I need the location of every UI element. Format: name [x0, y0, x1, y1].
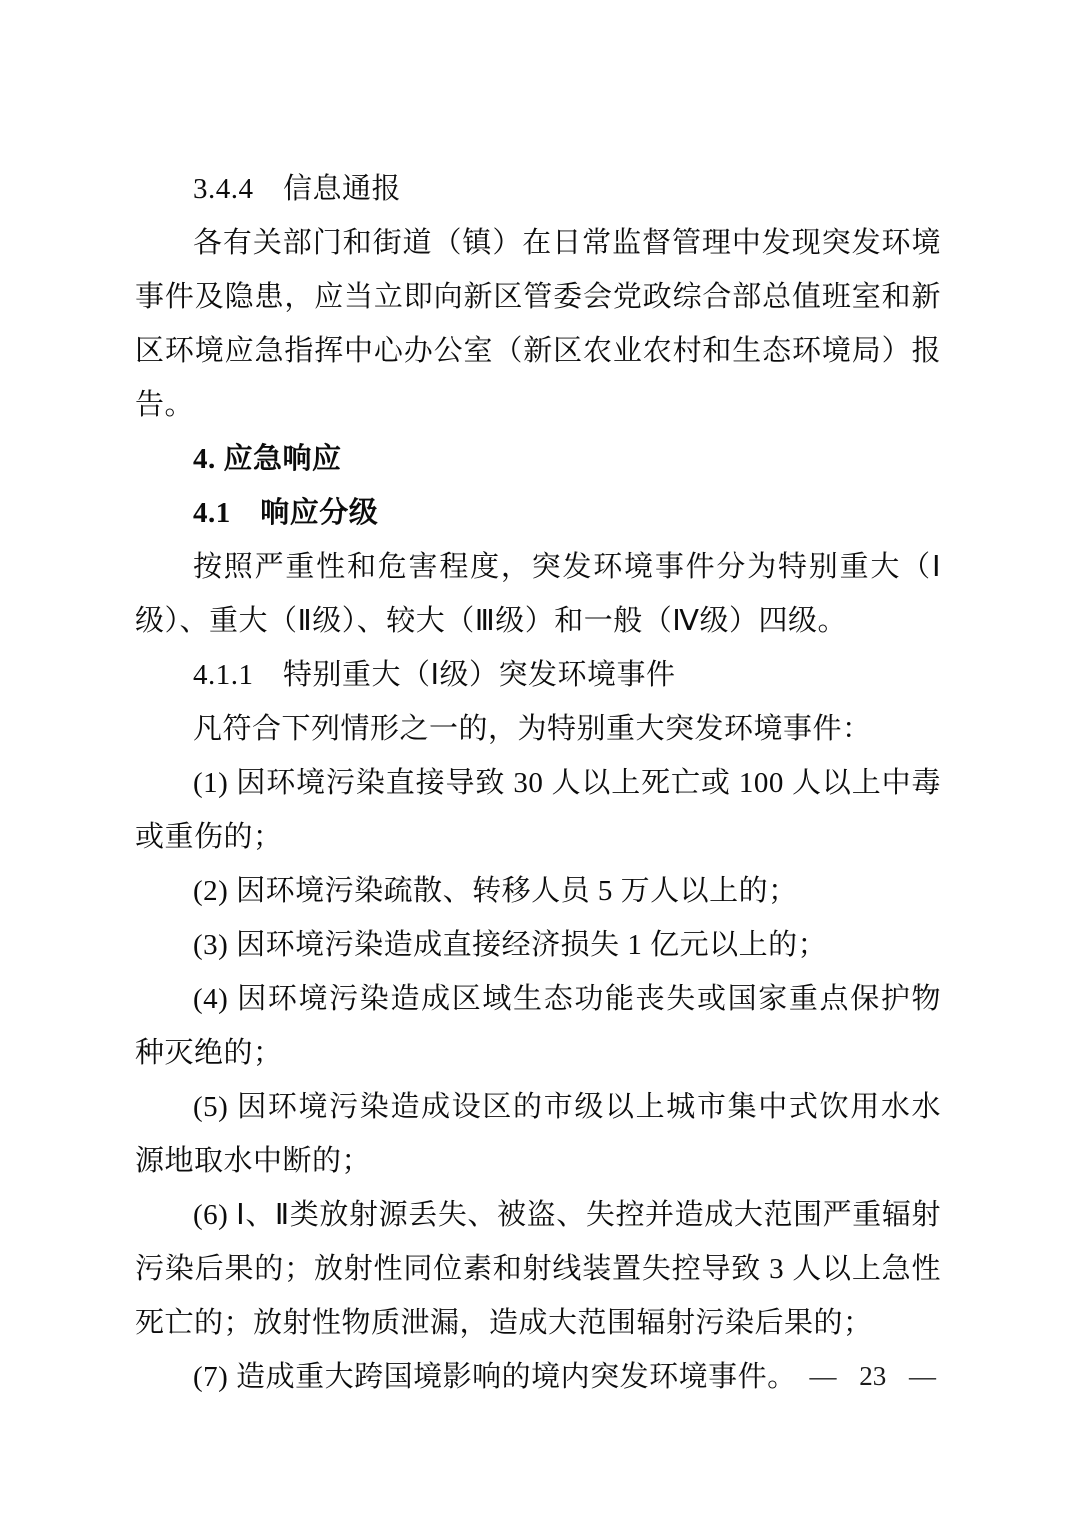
document-body: 3.4.4 信息通报 各有关部门和街道（镇）在日常监督管理中发现突发环境事件及隐… — [135, 162, 941, 1404]
document-page: 3.4.4 信息通报 各有关部门和街道（镇）在日常监督管理中发现突发环境事件及隐… — [0, 0, 1074, 1520]
paragraph-criteria-intro: 凡符合下列情形之一的，为特别重大突发环境事件： — [135, 702, 941, 756]
list-item-4: (4) 因环境污染造成区域生态功能丧失或国家重点保护物种灭绝的； — [135, 972, 941, 1080]
list-item-5: (5) 因环境污染造成设区的市级以上城市集中式饮用水水源地取水中断的； — [135, 1080, 941, 1188]
paragraph-info-reporting: 各有关部门和街道（镇）在日常监督管理中发现突发环境事件及隐患，应当立即向新区管委… — [135, 216, 941, 432]
list-item-1: (1) 因环境污染直接导致 30 人以上死亡或 100 人以上中毒或重伤的； — [135, 756, 941, 864]
list-item-3: (3) 因环境污染造成直接经济损失 1 亿元以上的； — [135, 918, 941, 972]
section-heading-4-1-1: 4.1.1 特别重大（Ⅰ级）突发环境事件 — [135, 648, 941, 702]
section-heading-4-1: 4.1 响应分级 — [135, 486, 941, 540]
list-item-6: (6) Ⅰ、Ⅱ类放射源丢失、被盗、失控并造成大范围严重辐射污染后果的；放射性同位… — [135, 1188, 941, 1350]
page-number: — 23 — — [810, 1356, 937, 1396]
section-heading-3-4-4: 3.4.4 信息通报 — [135, 162, 941, 216]
chapter-heading-4: 4. 应急响应 — [135, 432, 941, 486]
paragraph-response-levels: 按照严重性和危害程度，突发环境事件分为特别重大（Ⅰ级）、重大（Ⅱ级）、较大（Ⅲ级… — [135, 540, 941, 648]
list-item-2: (2) 因环境污染疏散、转移人员 5 万人以上的； — [135, 864, 941, 918]
